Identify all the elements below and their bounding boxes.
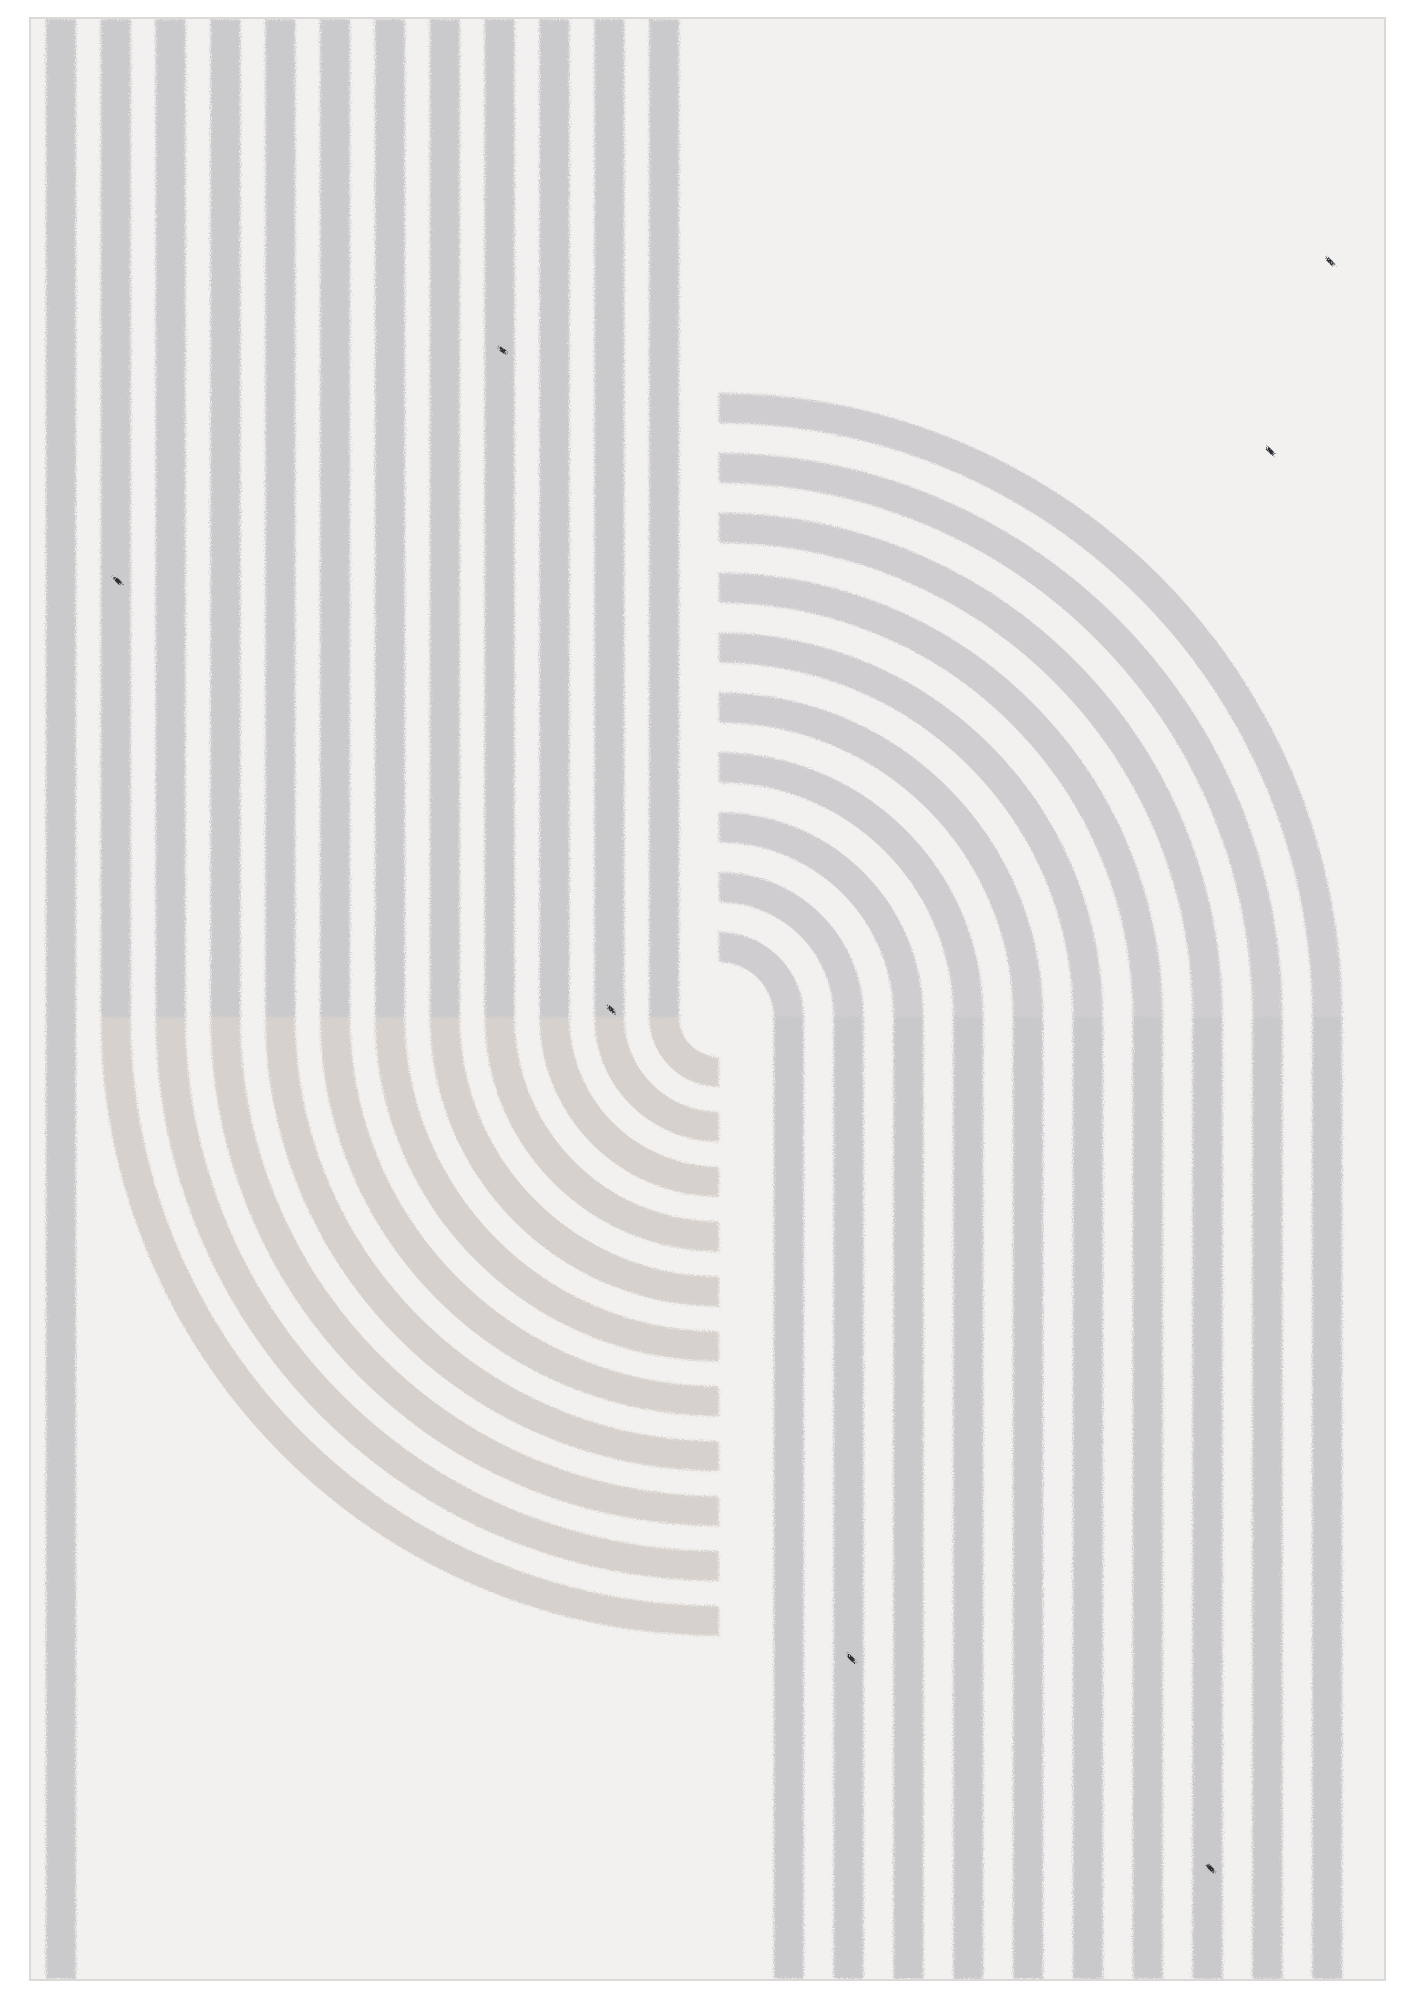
- rug-pattern: [31, 19, 1384, 1979]
- rug-image: [29, 17, 1386, 1981]
